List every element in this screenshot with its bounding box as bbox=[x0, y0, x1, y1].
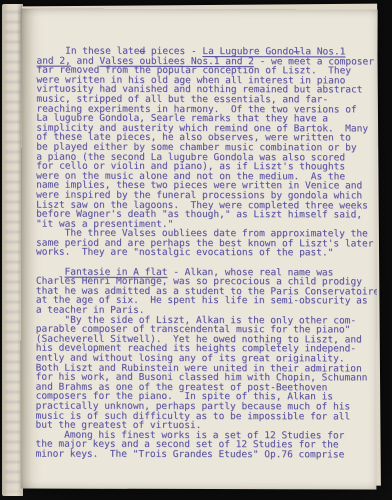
document-page: In these lated pieces - La Lugubre Gondo… bbox=[20, 9, 377, 490]
text-line: minor keys. The "Trois Grandes Etudes" O… bbox=[35, 450, 374, 460]
photo-background: In these lated pieces - La Lugubre Gondo… bbox=[0, 0, 392, 500]
text-line: works. They are "nostalgic evocations of… bbox=[36, 248, 375, 258]
facing-page-ghost-text bbox=[5, 8, 21, 492]
typewritten-text: In these lated pieces - La Lugubre Gondo… bbox=[35, 47, 375, 460]
